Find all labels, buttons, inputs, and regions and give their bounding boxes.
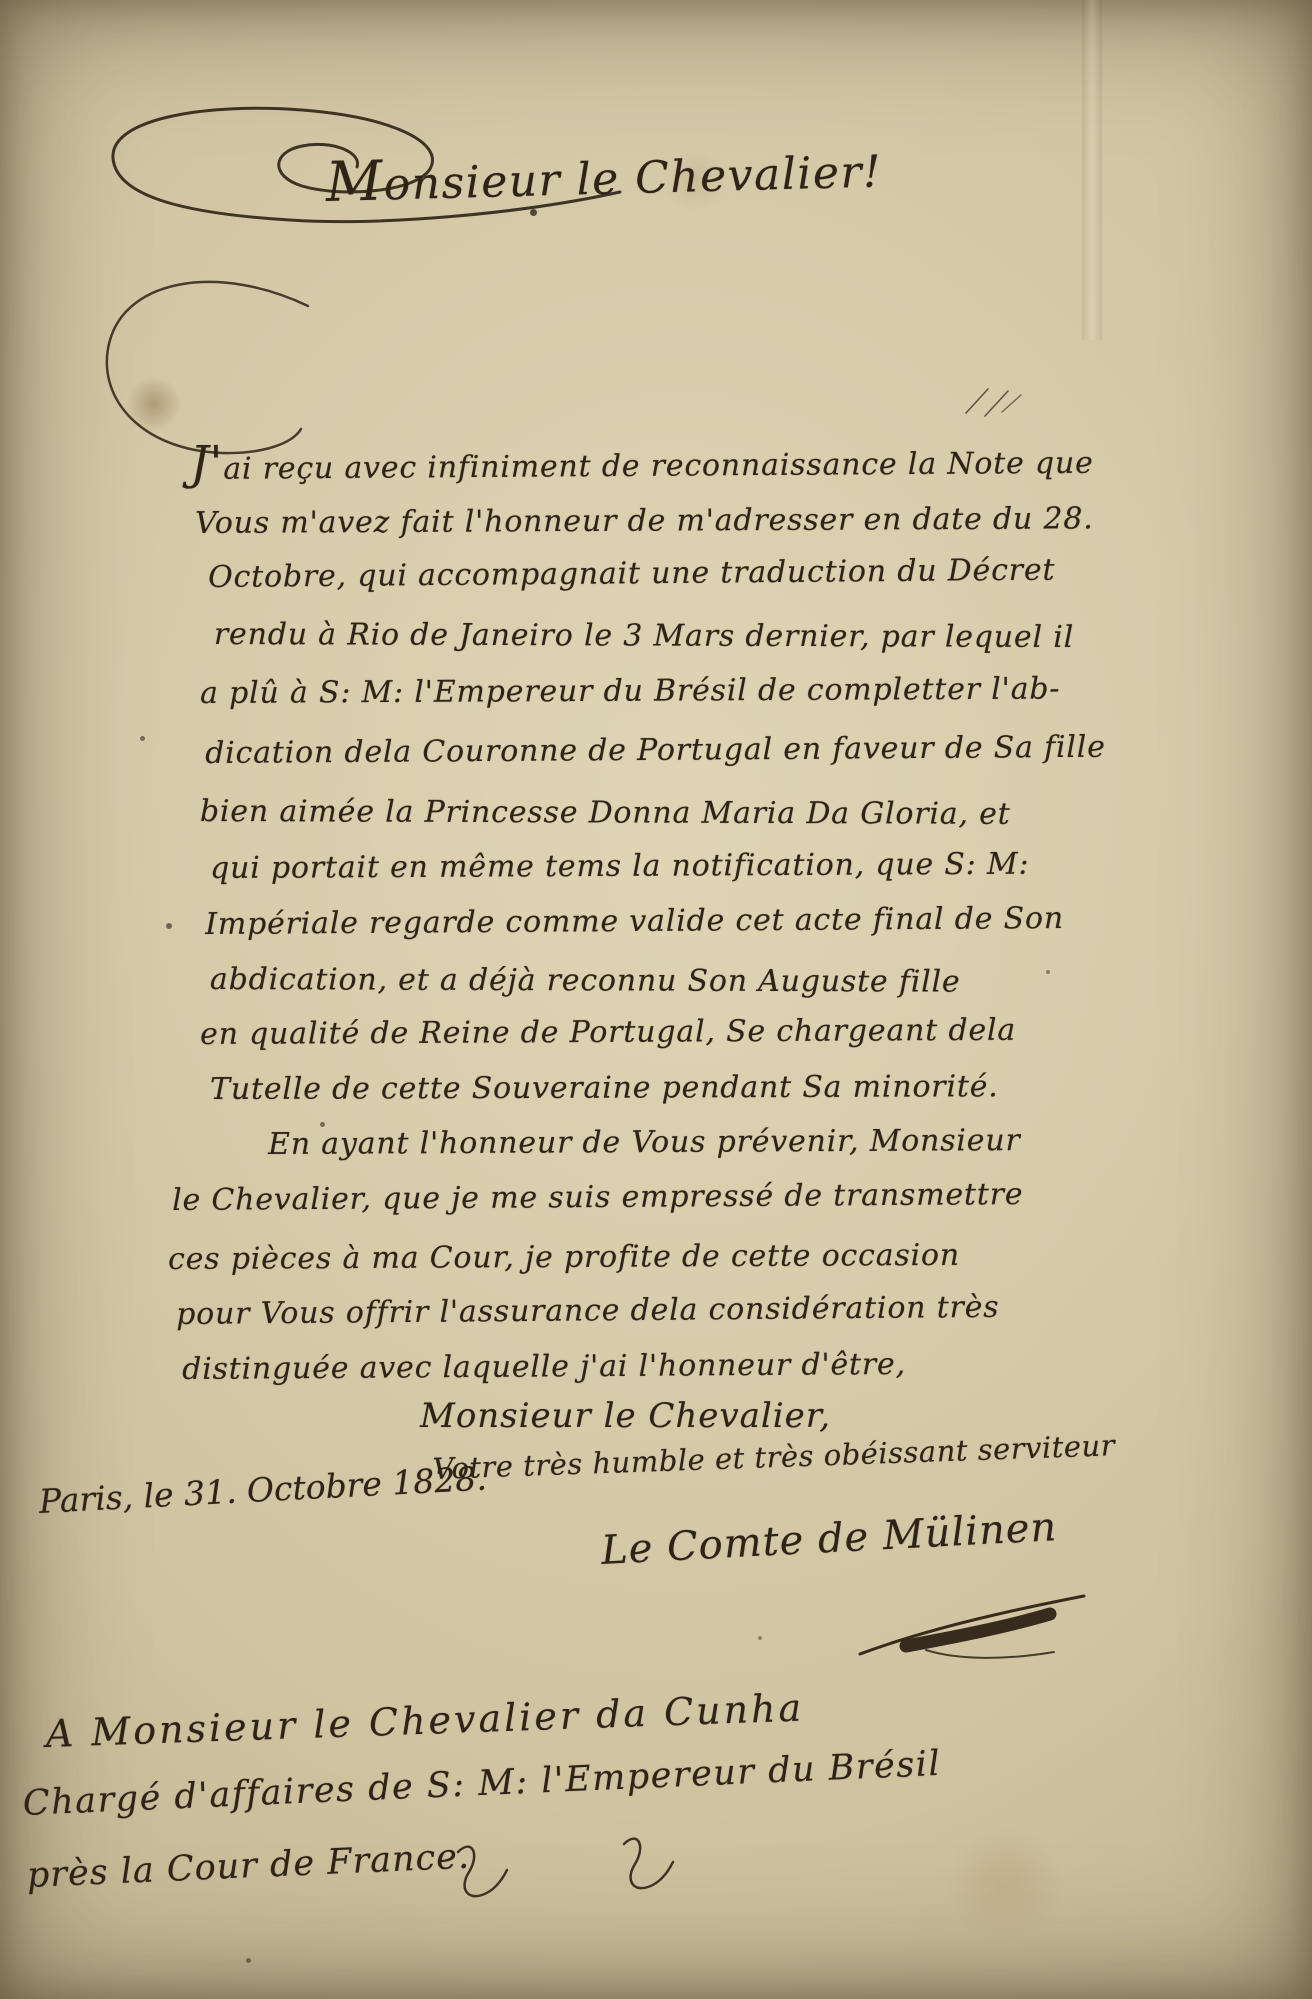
valediction: Votre très humble et très obéissant serv… xyxy=(432,1428,1116,1486)
signature-paraph xyxy=(906,1614,1050,1646)
body-line: En ayant l'honneur de Vous prévenir, Mon… xyxy=(268,1123,1021,1162)
body-line: ces pièces à ma Cour, je profite de cett… xyxy=(168,1238,960,1277)
body-line: distinguée avec laquelle j'ai l'honneur … xyxy=(182,1347,906,1387)
salutation: Monsieur le Chevalier! xyxy=(325,135,883,214)
paper-stain xyxy=(126,376,182,432)
address-line: près la Cour de France. xyxy=(26,1837,471,1896)
body-line: bien aimée la Princesse Donna Maria Da G… xyxy=(200,794,1011,832)
body-line: abdication, et a déjà reconnu Son August… xyxy=(210,962,961,1000)
dateline: Paris, le 31. Octobre 1828. xyxy=(38,1459,488,1521)
address-line: A Monsieur le Chevalier da Cunha xyxy=(45,1686,805,1756)
ink-speck xyxy=(246,1958,251,1963)
paper-crease xyxy=(1082,0,1102,340)
body-line: en qualité de Reine de Portugal, Se char… xyxy=(200,1013,1016,1052)
scratch-mark xyxy=(985,391,1008,416)
scratch-mark xyxy=(1002,395,1021,412)
etcetera-squiggle xyxy=(624,1839,673,1888)
ink-speck xyxy=(530,209,537,216)
body-line: Vous m'avez fait l'honneur de m'adresser… xyxy=(195,501,1094,541)
body-line: pour Vous offrir l'assurance dela consid… xyxy=(176,1290,1000,1332)
letter-page: Monsieur le Chevalier! J'ai reçu avec in… xyxy=(0,0,1312,1999)
body-line: Impériale regarde comme valide cet acte … xyxy=(205,901,1064,942)
subscription: Monsieur le Chevalier, xyxy=(420,1396,831,1436)
body-line: Octobre, qui accompagnait une traduction… xyxy=(208,553,1055,595)
signature: Le Comte de Mülinen xyxy=(600,1504,1058,1574)
ink-speck xyxy=(166,923,172,929)
body-line: a plû à S: M: l'Empereur du Brésil de co… xyxy=(200,671,1060,711)
body-line: Tutelle de cette Souveraine pendant Sa m… xyxy=(210,1069,999,1107)
ink-speck xyxy=(140,736,145,741)
address-line: Chargé d'affaires de S: M: l'Empereur du… xyxy=(22,1744,942,1824)
ink-speck xyxy=(1046,970,1050,974)
signature-paraph xyxy=(926,1650,1054,1658)
body-line: rendu à Rio de Janeiro le 3 Mars dernier… xyxy=(214,617,1074,655)
paper-stain xyxy=(940,1830,1070,1940)
ink-speck xyxy=(758,1636,762,1640)
paragraph-curl-flourish xyxy=(107,282,308,453)
scratch-mark xyxy=(966,389,988,413)
body-line: le Chevalier, que je me suis empressé de… xyxy=(172,1177,1024,1218)
body-line: qui portait en même tems la notification… xyxy=(210,847,1029,886)
signature-paraph xyxy=(860,1596,1084,1654)
body-line: J'ai reçu avec infiniment de reconnaissa… xyxy=(190,430,1094,490)
body-line: dication dela Couronne de Portugal en fa… xyxy=(205,730,1106,771)
